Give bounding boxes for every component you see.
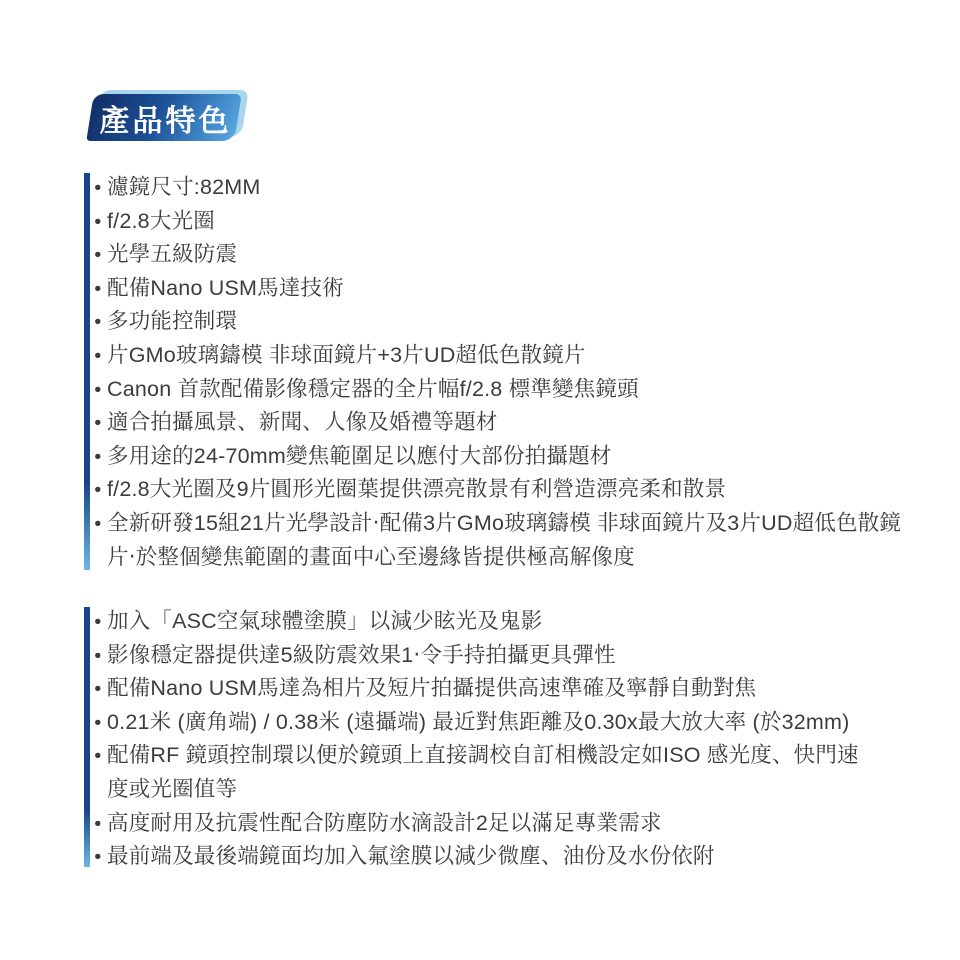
feature-item: ● 濾鏡尺寸:82MM [94, 171, 954, 205]
accent-bar [84, 173, 90, 570]
bullet-icon: ● [94, 672, 107, 706]
bullet-icon: ● [94, 605, 107, 639]
feature-item: ● 最前端及最後端鏡面均加入氟塗膜以減少微塵、油份及水份依附 [94, 840, 954, 874]
feature-item: ● 適合拍攝風景、新聞、人像及婚禮等題材 [94, 406, 954, 440]
bullet-icon: ● [94, 807, 107, 841]
feature-block-primary: ● 濾鏡尺寸:82MM ● f/2.8大光圈 ● 光學五級防震 ● 配備Nano… [84, 171, 954, 574]
feature-text: f/2.8大光圈及9片圓形光圈葉提供漂亮散景有利營造漂亮柔和散景 [107, 473, 954, 507]
bullet-icon: ● [94, 739, 107, 773]
feature-item: ● 配備RF 鏡頭控制環以便於鏡頭上直接調校自訂相機設定如ISO 感光度、快門速… [94, 739, 954, 806]
bullet-icon: ● [94, 339, 107, 373]
feature-text: 配備RF 鏡頭控制環以便於鏡頭上直接調校自訂相機設定如ISO 感光度、快門速 度… [107, 739, 954, 806]
feature-item: ● 加入「ASC空氣球體塗膜」以減少眩光及鬼影 [94, 605, 954, 639]
feature-text: 多用途的24-70mm變焦範圍足以應付大部份拍攝題材 [107, 440, 954, 474]
feature-block-secondary: ● 加入「ASC空氣球體塗膜」以減少眩光及鬼影 ● 影像穩定器提供達5級防震效果… [84, 605, 954, 874]
feature-item: ● 配備Nano USM馬達技術 [94, 272, 954, 306]
accent-bar [84, 607, 90, 867]
bullet-icon: ● [94, 507, 107, 541]
feature-list-secondary: ● 加入「ASC空氣球體塗膜」以減少眩光及鬼影 ● 影像穩定器提供達5級防震效果… [94, 605, 954, 874]
feature-item: ● 片GMo玻璃鑄模 非球面鏡片+3片UD超低色散鏡片 [94, 339, 954, 373]
feature-text: 最前端及最後端鏡面均加入氟塗膜以減少微塵、油份及水份依附 [107, 840, 954, 874]
bullet-icon: ● [94, 373, 107, 407]
feature-text: 多功能控制環 [107, 305, 954, 339]
feature-text: 光學五級防震 [107, 238, 954, 272]
feature-item: ● 影像穩定器提供達5級防震效果1‧令手持拍攝更具彈性 [94, 639, 954, 673]
bullet-icon: ● [94, 272, 107, 306]
feature-text: 片GMo玻璃鑄模 非球面鏡片+3片UD超低色散鏡片 [107, 339, 954, 373]
bullet-icon: ● [94, 706, 107, 740]
feature-item: ● 0.21米 (廣角端) / 0.38米 (遠攝端) 最近對焦距離及0.30x… [94, 706, 954, 740]
feature-text: Canon 首款配備影像穩定器的全片幅f/2.8 標準變焦鏡頭 [107, 373, 954, 407]
feature-text: 配備Nano USM馬達技術 [107, 272, 954, 306]
feature-text: 配備Nano USM馬達為相片及短片拍攝提供高速準確及寧靜自動對焦 [107, 672, 954, 706]
feature-item: ● 高度耐用及抗震性配合防塵防水滴設計2足以滿足專業需求 [94, 807, 954, 841]
feature-text: 高度耐用及抗震性配合防塵防水滴設計2足以滿足專業需求 [107, 807, 954, 841]
bullet-icon: ● [94, 205, 107, 239]
bullet-icon: ● [94, 406, 107, 440]
feature-item: ● 全新研發15組21片光學設計‧配備3片GMo玻璃鑄模 非球面鏡片及3片UD超… [94, 507, 954, 574]
bullet-icon: ● [94, 639, 107, 673]
feature-text: 濾鏡尺寸:82MM [107, 171, 954, 205]
feature-text: f/2.8大光圈 [107, 205, 954, 239]
feature-item: ● 多功能控制環 [94, 305, 954, 339]
bullet-icon: ● [94, 473, 107, 507]
bullet-icon: ● [94, 171, 107, 205]
bullet-icon: ● [94, 305, 107, 339]
feature-item: ● 多用途的24-70mm變焦範圍足以應付大部份拍攝題材 [94, 440, 954, 474]
product-features-page: 產品特色 ● 濾鏡尺寸:82MM ● f/2.8大光圈 ● 光學五級防震 ● 配… [0, 0, 960, 960]
bullet-icon: ● [94, 840, 107, 874]
feature-item: ● f/2.8大光圈及9片圓形光圈葉提供漂亮散景有利營造漂亮柔和散景 [94, 473, 954, 507]
bullet-icon: ● [94, 440, 107, 474]
feature-item: ● 配備Nano USM馬達為相片及短片拍攝提供高速準確及寧靜自動對焦 [94, 672, 954, 706]
feature-text: 全新研發15組21片光學設計‧配備3片GMo玻璃鑄模 非球面鏡片及3片UD超低色… [107, 507, 954, 574]
feature-item: ● f/2.8大光圈 [94, 205, 954, 239]
feature-item: ● 光學五級防震 [94, 238, 954, 272]
feature-item: ● Canon 首款配備影像穩定器的全片幅f/2.8 標準變焦鏡頭 [94, 373, 954, 407]
feature-text: 適合拍攝風景、新聞、人像及婚禮等題材 [107, 406, 954, 440]
section-title: 產品特色 [90, 94, 238, 141]
product-features-badge: 產品特色 [90, 94, 238, 141]
feature-text: 0.21米 (廣角端) / 0.38米 (遠攝端) 最近對焦距離及0.30x最大… [107, 706, 954, 740]
bullet-icon: ● [94, 238, 107, 272]
feature-list-primary: ● 濾鏡尺寸:82MM ● f/2.8大光圈 ● 光學五級防震 ● 配備Nano… [94, 171, 954, 574]
feature-text: 加入「ASC空氣球體塗膜」以減少眩光及鬼影 [107, 605, 954, 639]
feature-text: 影像穩定器提供達5級防震效果1‧令手持拍攝更具彈性 [107, 639, 954, 673]
